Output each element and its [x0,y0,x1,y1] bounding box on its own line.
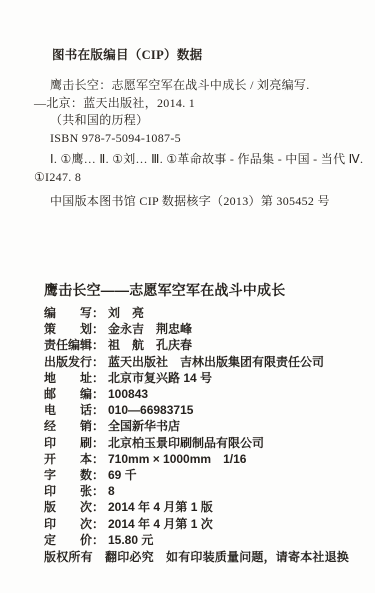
row-value: 全国新华书店 [108,419,180,433]
copyright-notice: 版权所有 翻印必究 如有印装质量问题，请寄本社退换 [44,549,364,565]
row-label: 开 本： [44,451,106,467]
row-label: 出版发行： [44,354,106,370]
row-label: 定 价： [44,532,106,548]
row-label: 版 次： [44,499,106,515]
row-label: 编 写： [44,305,106,321]
colophon-row-phone: 电 话：010—66983715 [44,402,364,418]
colophon-row-postcode: 邮 编：100843 [44,386,364,402]
cip-classification-line-1: Ⅰ. ①鹰… Ⅱ. ①刘… Ⅲ. ①革命故事 - 作品集 - 中国 - 当代 Ⅳ… [34,151,364,169]
row-label: 字 数： [44,467,106,483]
cip-classification-line-2: ①I247. 8 [34,169,364,187]
row-value: 北京柏玉景印刷制品有限公司 [108,436,264,450]
cip-series-line: （共和国的历程） [34,112,364,130]
colophon-row-planner: 策 划：金永吉 荆忠峰 [44,321,364,337]
row-value: 刘 亮 [108,306,144,320]
row-value: 祖 航 孔庆春 [108,338,192,352]
cip-entry-publisher-line: —北京：蓝天出版社，2014. 1 [34,95,364,113]
row-value: 100843 [108,387,148,401]
cip-core-number-line: 中国版本图书馆 CIP 数据核字（2013）第 305452 号 [34,193,364,211]
row-label: 印 张： [44,483,106,499]
colophon-block: 鹰击长空——志愿军空军在战斗中成长 编 写：刘 亮 策 划：金永吉 荆忠峰 责任… [44,280,364,565]
row-label: 地 址： [44,370,106,386]
row-label: 策 划： [44,321,106,337]
row-value: 710mm × 1000mm 1/16 [108,452,246,466]
row-label: 电 话： [44,402,106,418]
cip-data-block: 图书在版编目（CIP）数据 鹰击长空：志愿军空军在战斗中成长 / 刘亮编写. —… [34,47,364,211]
row-value: 北京市复兴路 14 号 [108,371,212,385]
colophon-row-impression: 印 次：2014 年 4 月第 1 次 [44,516,364,532]
colophon-row-address: 地 址：北京市复兴路 14 号 [44,370,364,386]
row-label: 印 刷： [44,435,106,451]
row-value: 2014 年 4 月第 1 次 [108,517,213,531]
colophon-row-price: 定 价：15.80 元 [44,532,364,548]
colophon-rows: 编 写：刘 亮 策 划：金永吉 荆忠峰 责任编辑：祖 航 孔庆春 出版发行：蓝天… [44,305,364,548]
colophon-row-writer: 编 写：刘 亮 [44,305,364,321]
row-value: 蓝天出版社 吉林出版集团有限责任公司 [108,355,324,369]
row-value: 15.80 元 [108,533,153,547]
colophon-row-distributor: 经 销：全国新华书店 [44,418,364,434]
cip-entry-title-line: 鹰击长空：志愿军空军在战斗中成长 / 刘亮编写. [34,77,364,95]
row-label: 经 销： [44,418,106,434]
row-value: 69 千 [108,468,137,482]
row-value: 010—66983715 [108,403,193,417]
book-title: 鹰击长空——志愿军空军在战斗中成长 [44,280,364,300]
colophon-row-sheets: 印 张：8 [44,483,364,499]
isbn-line: ISBN 978-7-5094-1087-5 [34,130,364,148]
cip-header: 图书在版编目（CIP）数据 [34,47,364,65]
row-value: 2014 年 4 月第 1 版 [108,500,213,514]
colophon-row-edition: 版 次：2014 年 4 月第 1 版 [44,499,364,515]
colophon-row-publisher: 出版发行：蓝天出版社 吉林出版集团有限责任公司 [44,354,364,370]
row-value: 8 [108,484,115,498]
colophon-row-wordcount: 字 数：69 千 [44,467,364,483]
row-label: 印 次： [44,516,106,532]
colophon-row-editor: 责任编辑：祖 航 孔庆春 [44,337,364,353]
row-label: 责任编辑： [44,337,106,353]
book-copyright-page: 图书在版编目（CIP）数据 鹰击长空：志愿军空军在战斗中成长 / 刘亮编写. —… [0,0,375,593]
colophon-row-format: 开 本：710mm × 1000mm 1/16 [44,451,364,467]
row-value: 金永吉 荆忠峰 [108,322,192,336]
colophon-row-printer: 印 刷：北京柏玉景印刷制品有限公司 [44,435,364,451]
row-label: 邮 编： [44,386,106,402]
